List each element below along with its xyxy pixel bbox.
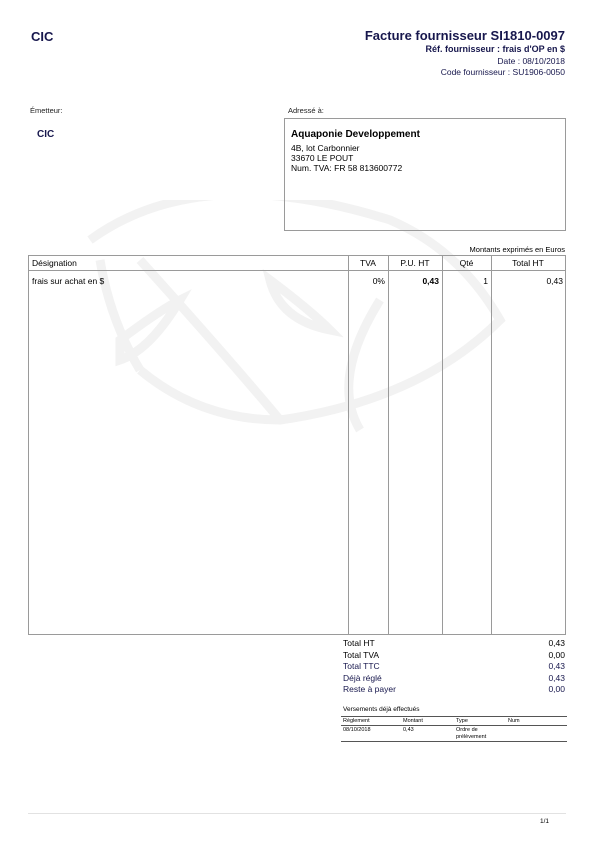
column-divider bbox=[491, 256, 492, 634]
header-payment-date: Règlement bbox=[343, 718, 370, 724]
payment-type-line2: prélèvement bbox=[456, 734, 486, 740]
column-divider bbox=[442, 256, 443, 634]
header-unit-price: P.U. HT bbox=[388, 258, 442, 268]
totals-block: Total HT 0,43 Total TVA 0,00 Total TTC 0… bbox=[343, 638, 565, 696]
recipient-name: Aquaponie Developpement bbox=[291, 129, 420, 140]
payments-header-row: Règlement Montant Type Num bbox=[341, 716, 567, 726]
header-tva: TVA bbox=[348, 258, 388, 268]
payments-title: Versements déjà effectués bbox=[343, 706, 419, 713]
header-payment-num: Num bbox=[508, 718, 520, 724]
remaining-row: Reste à payer 0,00 bbox=[343, 684, 565, 696]
recipient-box: Aquaponie Developpement 4B, lot Carbonni… bbox=[284, 118, 566, 231]
supplier-code: Code fournisseur : SU1906-0050 bbox=[365, 67, 565, 78]
total-label: Total TTC bbox=[343, 661, 380, 671]
total-label: Total TVA bbox=[343, 650, 379, 660]
total-label: Reste à payer bbox=[343, 684, 396, 694]
footer-divider bbox=[28, 813, 566, 814]
recipient-label: Adressé à: bbox=[288, 106, 324, 115]
total-value: 0,43 bbox=[548, 661, 565, 671]
column-divider bbox=[348, 256, 349, 634]
recipient-address-line2: 33670 LE POUT bbox=[291, 153, 353, 163]
company-name: CIC bbox=[31, 29, 53, 44]
table-row: 08/10/2018 0,43 Ordre de prélèvement bbox=[341, 726, 567, 742]
page-number: 1/1 bbox=[540, 818, 549, 825]
header-total: Total HT bbox=[491, 258, 565, 268]
total-value: 0,00 bbox=[548, 684, 565, 694]
total-ht-row: Total HT 0,43 bbox=[343, 638, 565, 650]
invoice-header: Facture fournisseur SI1810-0097 Réf. fou… bbox=[365, 28, 565, 78]
supplier-ref: Réf. fournisseur : frais d'OP en $ bbox=[365, 43, 565, 56]
payments-table: Règlement Montant Type Num 08/10/2018 0,… bbox=[341, 716, 567, 742]
header-designation: Désignation bbox=[32, 258, 77, 268]
payment-type-line1: Ordre de bbox=[456, 727, 478, 733]
sender-label: Émetteur: bbox=[30, 106, 63, 115]
total-value: 0,00 bbox=[548, 650, 565, 660]
header-separator bbox=[29, 270, 565, 271]
row-qty: 1 bbox=[442, 276, 488, 286]
sender-name: CIC bbox=[37, 129, 54, 140]
row-tva: 0% bbox=[348, 276, 385, 286]
invoice-title: Facture fournisseur SI1810-0097 bbox=[365, 28, 565, 43]
column-divider bbox=[388, 256, 389, 634]
recipient-vat: Num. TVA: FR 58 813600772 bbox=[291, 163, 402, 173]
already-paid-row: Déjà réglé 0,43 bbox=[343, 673, 565, 685]
total-label: Total HT bbox=[343, 638, 375, 648]
header-payment-amount: Montant bbox=[403, 718, 423, 724]
recipient-address-line1: 4B, lot Carbonnier bbox=[291, 143, 360, 153]
header-qty: Qté bbox=[442, 258, 491, 268]
row-unit-price: 0,43 bbox=[388, 276, 439, 286]
invoice-date: Date : 08/10/2018 bbox=[365, 56, 565, 67]
total-value: 0,43 bbox=[548, 673, 565, 683]
payment-date: 08/10/2018 bbox=[343, 727, 371, 733]
invoice-lines-table: Désignation TVA P.U. HT Qté Total HT fra… bbox=[28, 255, 566, 635]
header-payment-type: Type bbox=[456, 718, 468, 724]
total-label: Déjà réglé bbox=[343, 673, 382, 683]
total-value: 0,43 bbox=[548, 638, 565, 648]
row-designation: frais sur achat en $ bbox=[32, 276, 104, 286]
payment-amount: 0,43 bbox=[403, 727, 414, 733]
currency-note: Montants exprimés en Euros bbox=[470, 245, 565, 254]
total-tva-row: Total TVA 0,00 bbox=[343, 650, 565, 662]
total-ttc-row: Total TTC 0,43 bbox=[343, 661, 565, 673]
row-total: 0,43 bbox=[491, 276, 563, 286]
